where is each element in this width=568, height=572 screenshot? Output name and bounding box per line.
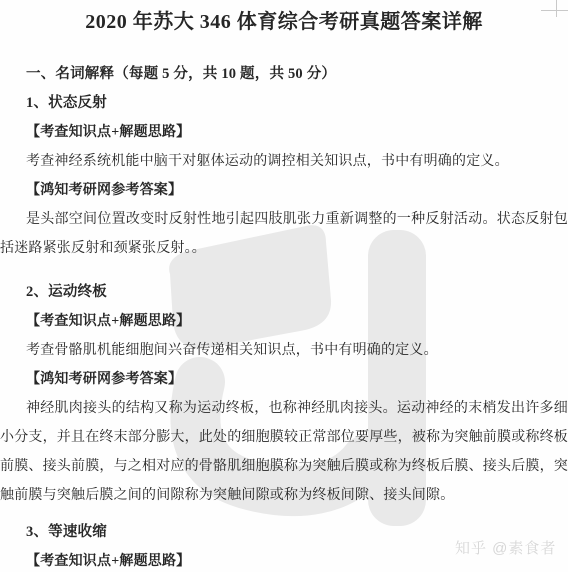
document-title: 2020 年苏大 346 体育综合考研真题答案详解 [0, 8, 568, 36]
question-1-knowledge-text: 考查神经系统机能中脑干对躯体运动的调控相关知识点，书中有明确的定义。 [0, 147, 568, 176]
question-2-answer-text: 神经肌肉接头的结构又称为运动终板，也称神经肌肉接头。运动神经的末梢发出许多细小分… [0, 394, 568, 510]
section-1-heading: 一、名词解释（每题 5 分，共 10 题，共 50 分） [0, 60, 568, 89]
question-3-knowledge-heading: 【考查知识点+解题思路】 [0, 547, 568, 572]
question-2-knowledge-text: 考查骨骼肌机能细胞间兴奋传递相关知识点，书中有明确的定义。 [0, 336, 568, 365]
question-2-title: 2、运动终板 [0, 278, 568, 307]
question-1-title: 1、状态反射 [0, 89, 568, 118]
document-page: 知乎 @素食者 2020 年苏大 346 体育综合考研真题答案详解 一、名词解释… [0, 0, 568, 572]
question-1-answer-text: 是头部空间位置改变时反射性地引起四肢肌张力重新调整的一种反射活动。状态反射包括迷… [0, 205, 568, 263]
question-2-answer-heading: 【鸿知考研网参考答案】 [0, 365, 568, 394]
question-3-title: 3、等速收缩 [0, 518, 568, 547]
question-1-knowledge-heading: 【考查知识点+解题思路】 [0, 118, 568, 147]
question-1-answer-heading: 【鸿知考研网参考答案】 [0, 176, 568, 205]
document-body: 2020 年苏大 346 体育综合考研真题答案详解 一、名词解释（每题 5 分，… [0, 8, 568, 572]
question-2-knowledge-heading: 【考查知识点+解题思路】 [0, 307, 568, 336]
